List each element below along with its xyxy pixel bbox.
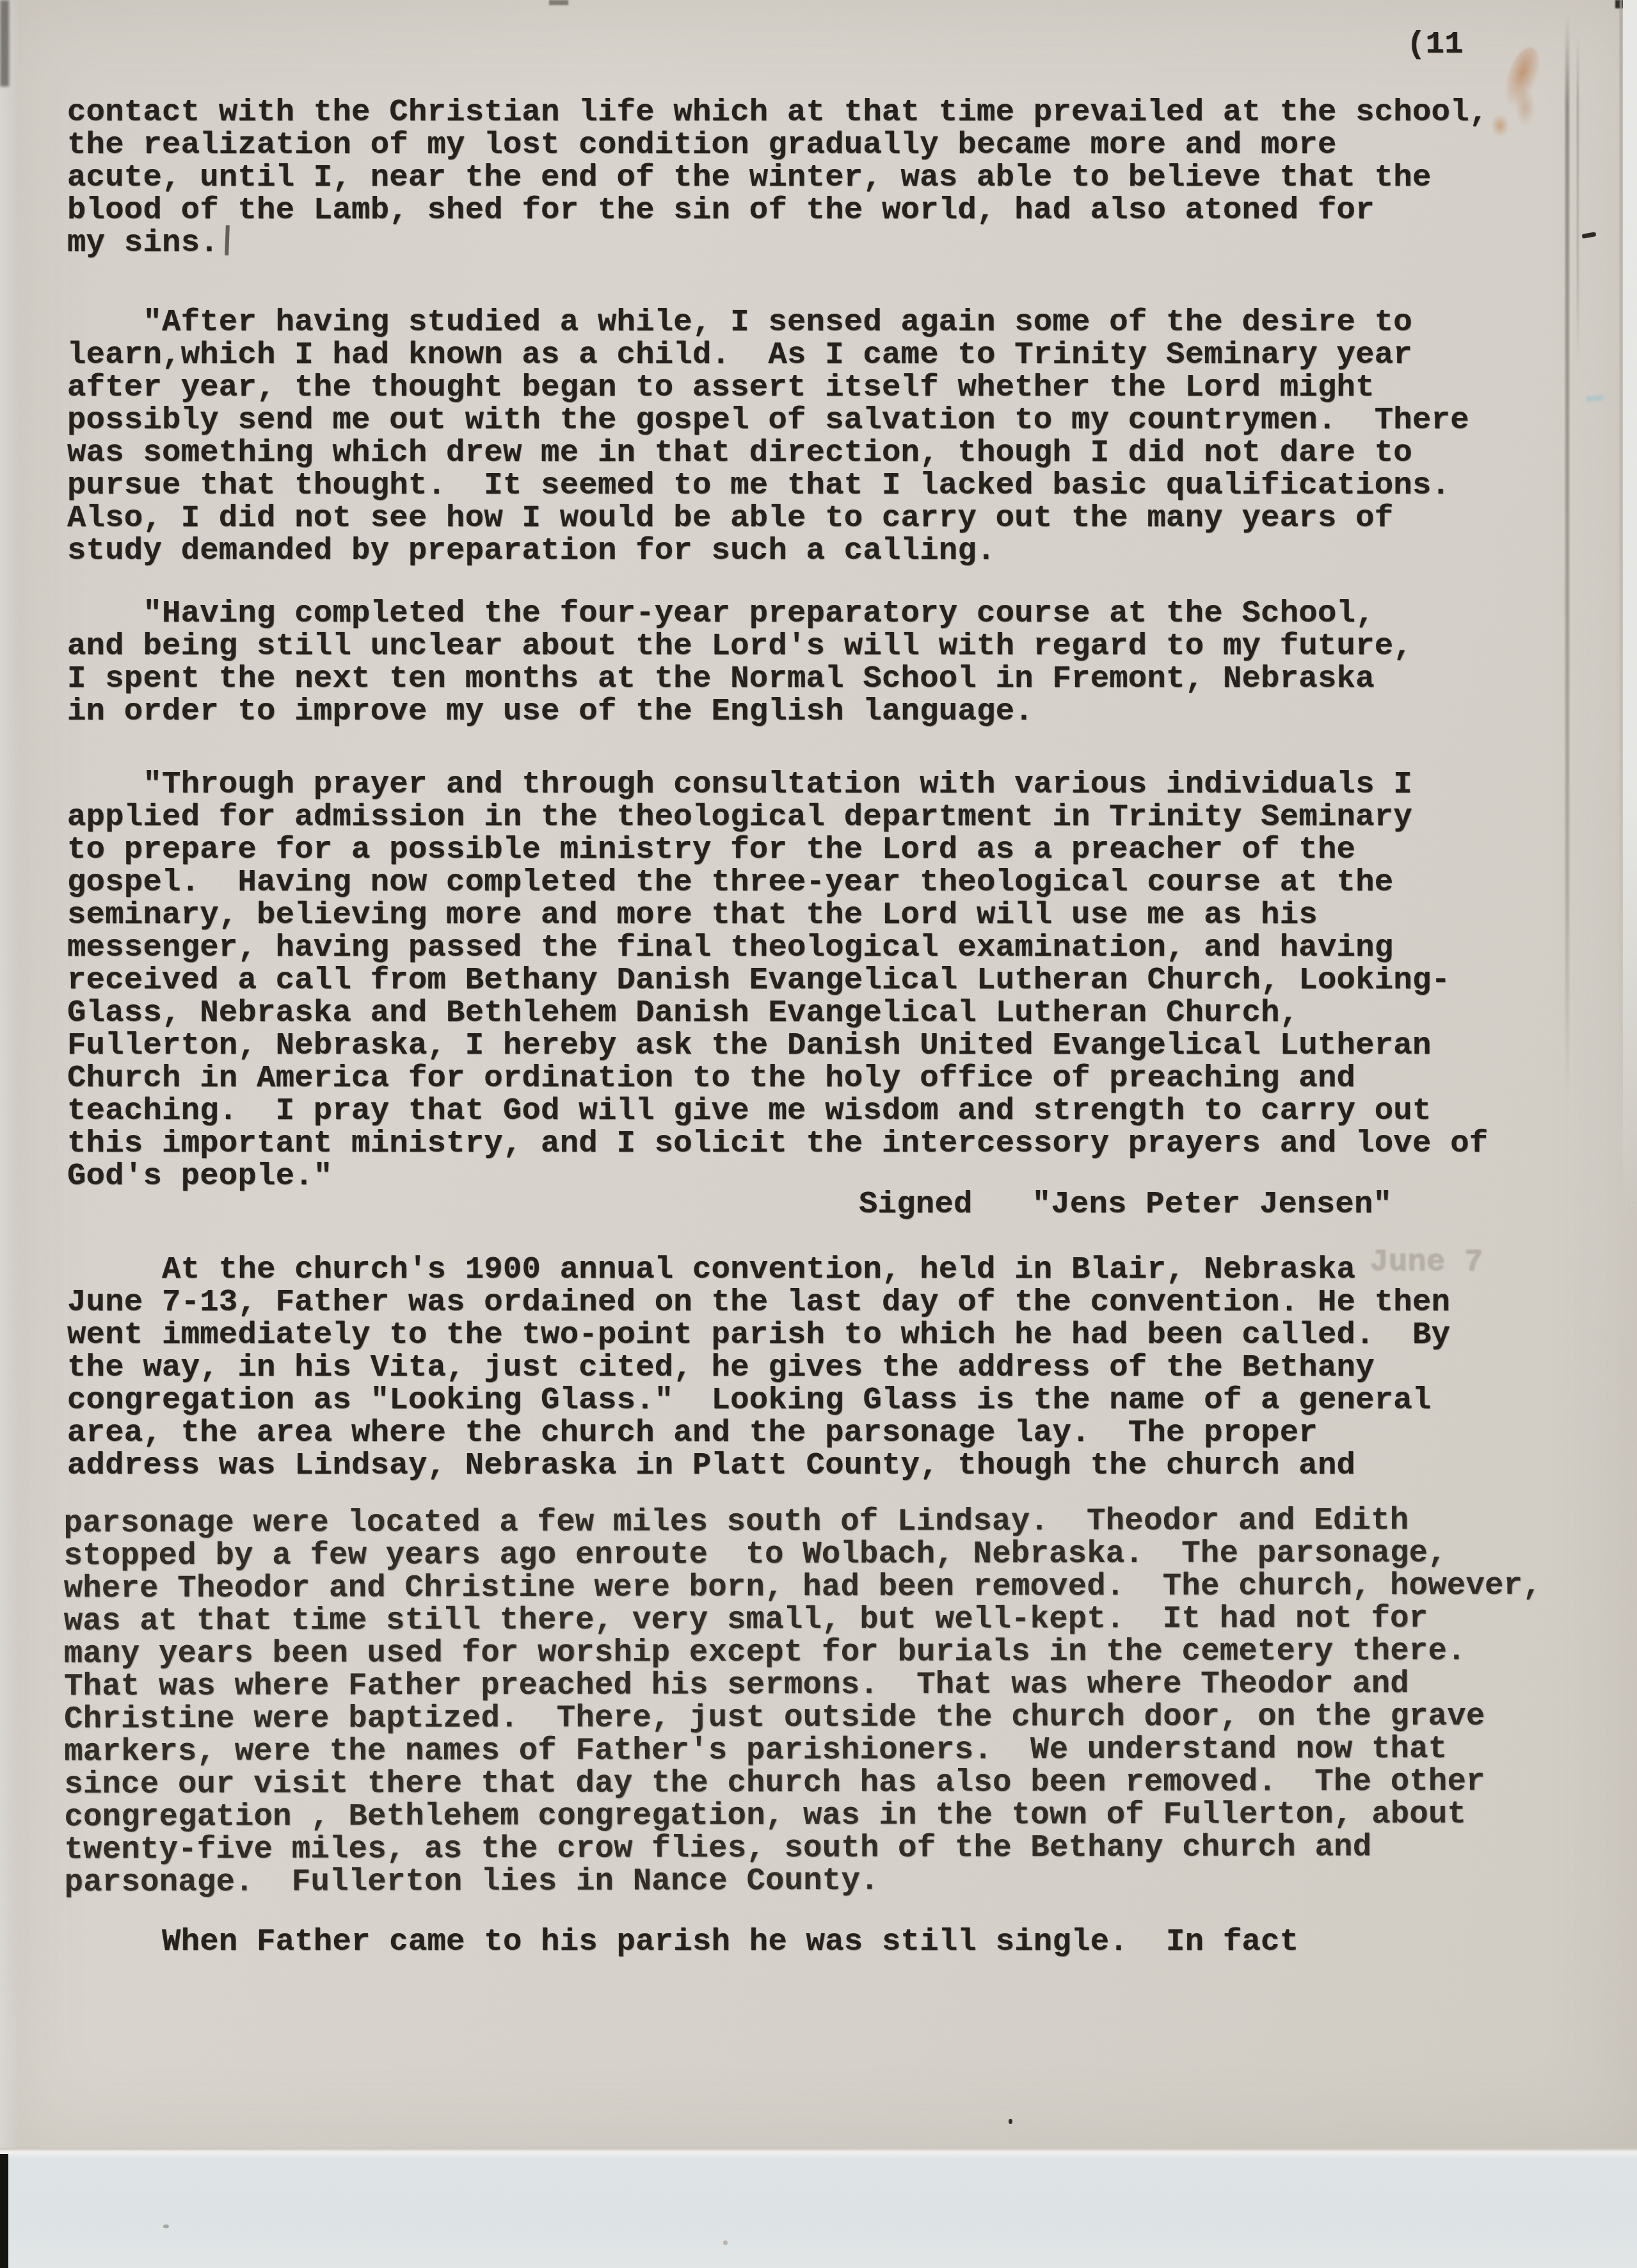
paragraph-through-prayer-ordination: "Through prayer and through consultation… bbox=[67, 768, 1488, 1193]
ink-speck bbox=[1009, 2119, 1012, 2124]
signatory-name: "Jens Peter Jensen" bbox=[1032, 1186, 1393, 1222]
paragraph-having-completed-course: "Having completed the four-year preparat… bbox=[67, 597, 1412, 728]
erased-ghost-text: June 7 bbox=[1369, 1246, 1483, 1278]
right-margin-blue-mark bbox=[1586, 395, 1604, 403]
paragraph-after-having-studied: "After having studied a while, I sensed … bbox=[67, 306, 1469, 567]
signature-line: Signed"Jens Peter Jensen" bbox=[859, 1188, 1392, 1221]
bed-speck bbox=[163, 2224, 169, 2228]
paper-right-edge-strip bbox=[1623, 0, 1637, 1216]
rust-stain-small bbox=[1491, 114, 1509, 137]
paragraph-1900-convention: At the church's 1900 annual convention, … bbox=[67, 1253, 1450, 1482]
scanned-document: (11 contact with the Christian life whic… bbox=[0, 0, 1637, 2268]
paragraph-when-father-came: When Father came to his parish he was st… bbox=[67, 1926, 1298, 1958]
right-margin-pencil-streak-2 bbox=[1577, 35, 1579, 368]
paper-left-edge-band bbox=[0, 0, 19, 2154]
scan-left-dark-strip bbox=[0, 2154, 8, 2268]
signed-label: Signed bbox=[859, 1186, 973, 1222]
paragraph-contact-with-christian-life: contact with the Christian life which at… bbox=[67, 96, 1488, 259]
rust-stain-faint bbox=[1515, 88, 1535, 125]
top-edge-mark bbox=[549, 0, 568, 5]
right-margin-pencil-streak bbox=[1565, 18, 1569, 1093]
paragraph-parsonage-located: parsonage were located a few miles south… bbox=[63, 1504, 1542, 1899]
page-number: (11 bbox=[1407, 28, 1464, 61]
right-margin-ink-dash bbox=[1582, 232, 1597, 239]
top-left-scan-smudge bbox=[0, 0, 9, 86]
bed-speck-2 bbox=[723, 2240, 728, 2245]
paper-right-edge-shadow bbox=[1620, 0, 1622, 1088]
scanner-bed bbox=[0, 2152, 1637, 2268]
paper-sheet: (11 contact with the Christian life whic… bbox=[0, 0, 1637, 2154]
